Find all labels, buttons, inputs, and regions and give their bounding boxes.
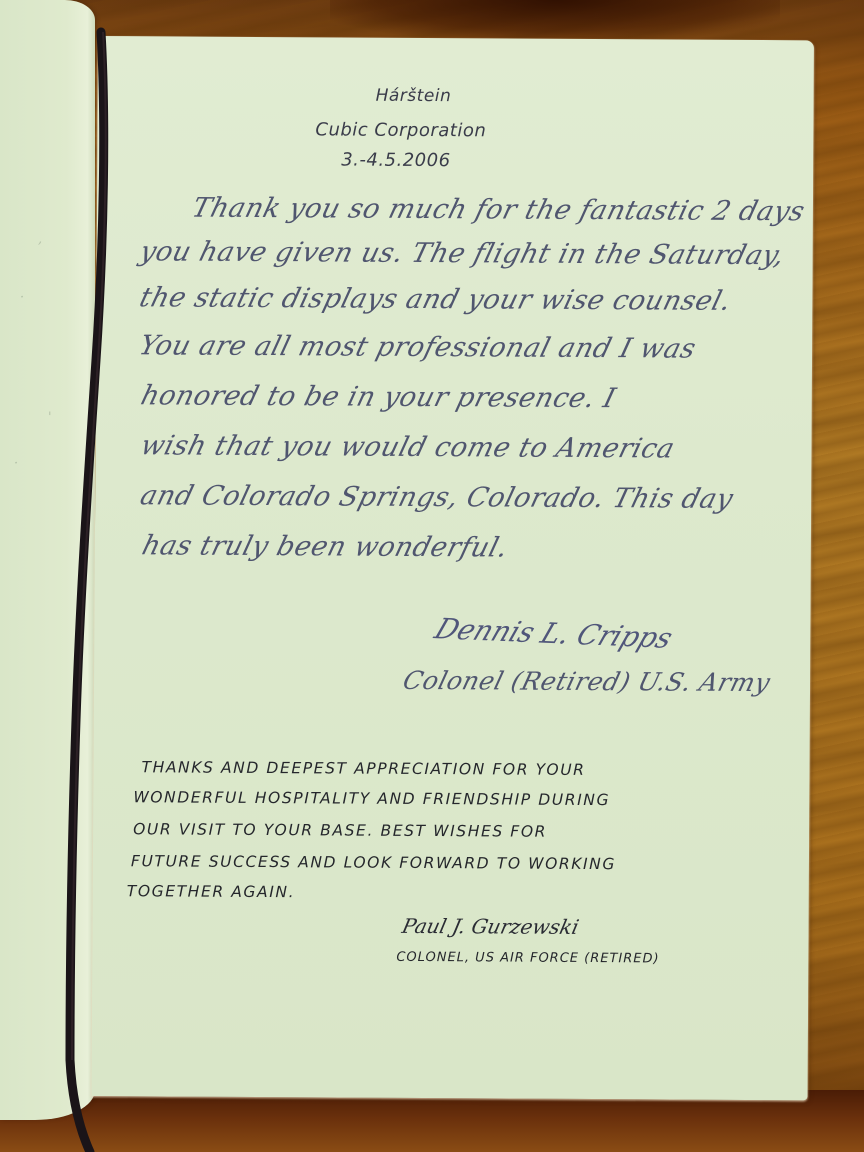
letter2-signature-title: COLONEL, US AIR FORCE (RETIRED) (396, 950, 659, 967)
header-company: Cubic Corporation (315, 119, 486, 141)
header-location: Hárštein (376, 86, 452, 106)
letter2-line: OUR VISIT TO YOUR BASE. BEST WISHES FOR (133, 820, 547, 841)
letter1-line: and Colorado Springs, Colorado. This day (137, 480, 736, 515)
letter1-line: has truly been wonderful. (139, 530, 512, 563)
letter2-line: FUTURE SUCCESS AND LOOK FORWARD TO WORKI… (131, 852, 616, 873)
letter1-signature: Dennis L. Cripps (430, 612, 677, 655)
letter1-line: honored to be in your presence. I (138, 380, 619, 414)
letter1-line: you have given us. The flight in the Sat… (137, 236, 788, 271)
letter2-line: WONDERFUL HOSPITALITY AND FRIENDSHIP DUR… (133, 788, 610, 809)
bleed-through-mark: ' (48, 410, 52, 425)
letter2-line: THANKS AND DEEPEST APPRECIATION FOR YOUR (141, 758, 585, 779)
header-date: 3.-4.5.2006 (341, 149, 450, 171)
letter1-signature-title: Colonel (Retired) U.S. Army (400, 666, 774, 697)
letter1-line: Thank you so much for the fantastic 2 da… (189, 193, 808, 228)
letter2-signature: Paul J. Gurzewski (400, 914, 581, 939)
bleed-through-mark: , (38, 232, 42, 247)
wood-table-shadow (330, 0, 780, 40)
letter1-line: the static displays and your wise counse… (136, 282, 734, 317)
left-page: , · ' · (0, 0, 95, 1120)
letter1-line: You are all most professional and I was (136, 330, 699, 364)
bleed-through-mark: · (20, 290, 24, 305)
guestbook-page: Hárštein Cubic Corporation 3.-4.5.2006 T… (92, 36, 814, 1100)
letter2-line: TOGETHER AGAIN. (127, 882, 296, 901)
letter1-line: wish that you would come to America (137, 430, 678, 464)
bleed-through-mark: · (14, 456, 18, 471)
